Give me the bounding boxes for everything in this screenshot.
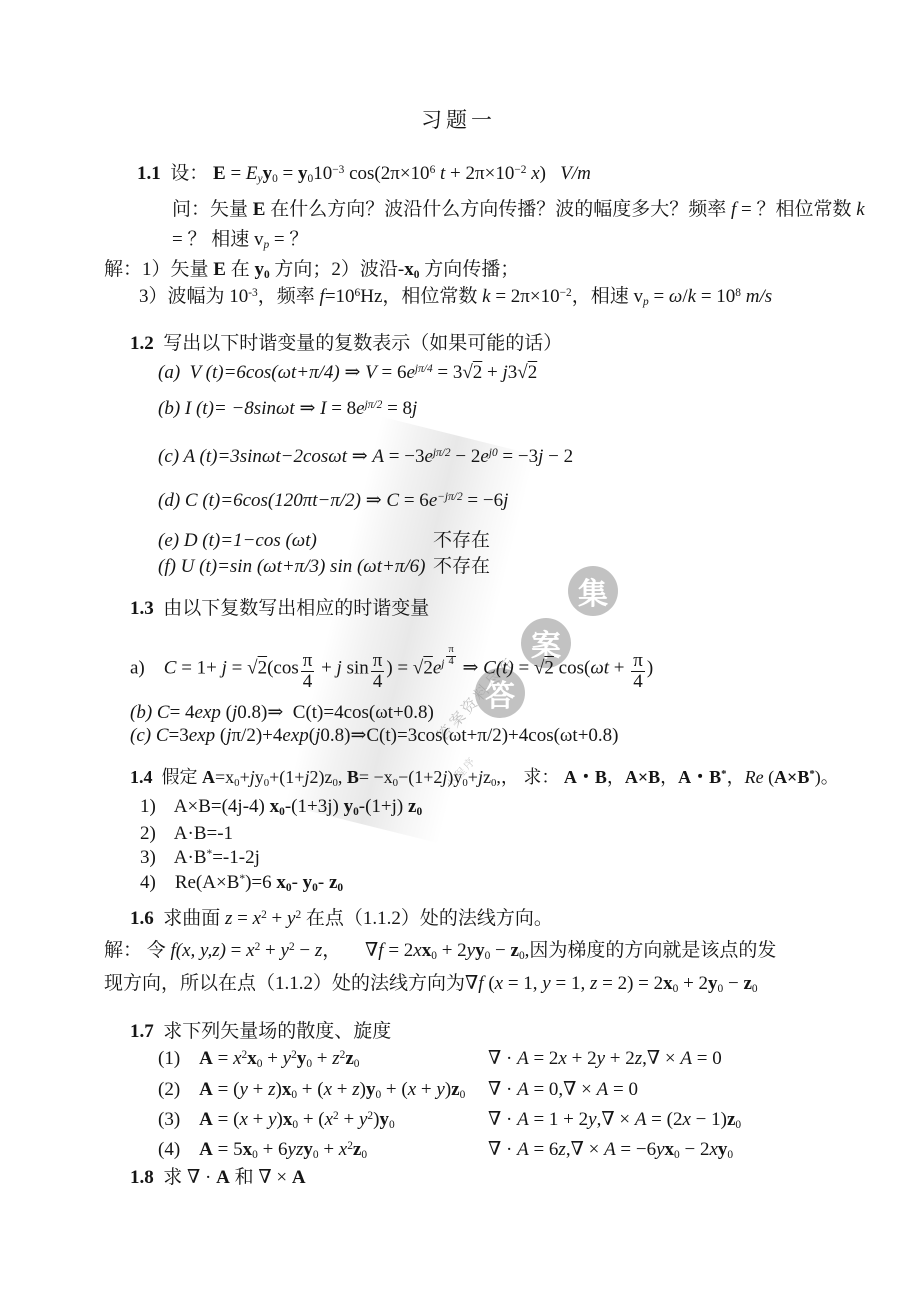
problem-1-3-item-b: (b) C= 4exp (j0.8)⇒ C(t)=4cos(ωt+0.8) (130, 700, 434, 725)
watermark-stamp: 集 (568, 566, 618, 616)
problem-1-7-answer-4: ∇ · A = 6z,∇ × A = −6yx0 − 2xy0 (488, 1137, 733, 1162)
problem-1-4-answer-1: 1) A×B=(4j-4) x0-(1+3j) y0-(1+j) z0 (140, 794, 422, 819)
problem-1-2-item-e: (e) D (t)=1−cos (ωt) (158, 528, 317, 553)
problem-1-6-heading: 1.6 求曲面 z = x2 + y2 在点（1.1.2）处的法线方向。 (130, 906, 553, 931)
problem-1-2-item-f-answer: 不存在 (433, 554, 490, 579)
problem-1-2-item-e-answer: 不存在 (433, 528, 490, 553)
problem-1-2-item-f: (f) U (t)=sin (ωt+π/3) sin (ωt+π/6) (158, 554, 425, 579)
problem-1-7-answer-3: ∇ · A = 1 + 2y,∇ × A = (2x − 1)z0 (488, 1107, 741, 1132)
problem-1-4-answer-3: 3) A·B*=-1-2j (140, 845, 260, 870)
problem-1-2-item-c: (c) A (t)=3sinωt−2cosωt ⇒ A = −3ejπ/2 − … (158, 444, 573, 469)
problem-1-7-answer-2: ∇ · A = 0,∇ × A = 0 (488, 1077, 638, 1102)
problem-1-7-field-3: (3) A = (x + y)x0 + (x2 + y2)y0 (158, 1107, 395, 1132)
problem-1-1-solution-line2: 3）波幅为 10-3，频率 f=106Hz，相位常数 k = 2π×10−2，相… (139, 284, 772, 309)
problem-1-3-item-a: a) C = 1+ j = √2(cosπ4 + j sinπ4) = √2ej… (130, 645, 653, 692)
problem-1-8-heading: 1.8 求 ∇ · A 和 ∇ × A (130, 1165, 306, 1190)
problem-1-4-heading: 1.4 假定 A=x0+jy0+(1+j2)z0, B= −x0−(1+2j)y… (130, 766, 839, 790)
problem-1-2-item-b: (b) I (t)= −8sinωt ⇒ I = 8ejπ/2 = 8j (158, 396, 417, 421)
problem-1-2-item-d: (d) C (t)=6cos(120πt−π/2) ⇒ C = 6e−jπ/2 … (158, 488, 508, 513)
problem-1-7-field-2: (2) A = (y + z)x0 + (x + z)y0 + (x + y)z… (158, 1077, 465, 1102)
problem-1-1-statement: 1.1 设： E = Eyy0 = y010−3 cos(2π×106 t + … (137, 161, 591, 186)
problem-1-7-field-4: (4) A = 5x0 + 6yzy0 + x2z0 (158, 1137, 367, 1162)
problem-1-7-answer-1: ∇ · A = 2x + 2y + 2z,∇ × A = 0 (488, 1046, 722, 1071)
page-title: 习题一 (0, 104, 917, 134)
problem-1-3-item-c: (c) C=3exp (jπ/2)+4exp(j0.8)⇒C(t)=3cos(ω… (130, 723, 619, 748)
problem-1-6-solution-line2: 现方向，所以在点（1.1.2）处的法线方向为∇f (x = 1, y = 1, … (104, 971, 758, 996)
problem-1-2-heading: 1.2 写出以下时谐变量的复数表示（如果可能的话） (130, 331, 562, 356)
problem-1-6-solution-line1: 解： 令 f(x, y,z) = x2 + y2 − z， ∇f = 2xx0 … (104, 938, 776, 963)
problem-1-1-question-line1: 问：矢量 E 在什么方向？波沿什么方向传播？波的幅度多大？频率 f = ？相位常… (172, 197, 865, 222)
problem-1-2-item-a: (a) V (t)=6cos(ωt+π/4) ⇒ V = 6ejπ/4 = 3√… (158, 360, 537, 385)
problem-1-3-heading: 1.3 由以下复数写出相应的时谐变量 (130, 596, 429, 621)
problem-1-4-answer-2: 2) A·B=-1 (140, 821, 233, 846)
problem-1-7-heading: 1.7 求下列矢量场的散度、旋度 (130, 1019, 391, 1044)
document-page: 答案资料尽在 小程序 答 案 集 习题一 1.1 设： E = Eyy0 = y… (0, 0, 917, 1298)
problem-1-1-solution-line1: 解：1）矢量 E 在 y0 方向；2）波沿-x0 方向传播； (104, 257, 519, 282)
problem-1-7-field-1: (1) A = x2x0 + y2y0 + z2z0 (158, 1046, 359, 1071)
problem-1-4-answer-4: 4) Re(A×B*)=6 x0- y0- z0 (140, 870, 343, 895)
problem-1-1-question-line2: = ？ 相速 vp = ？ (172, 227, 308, 252)
